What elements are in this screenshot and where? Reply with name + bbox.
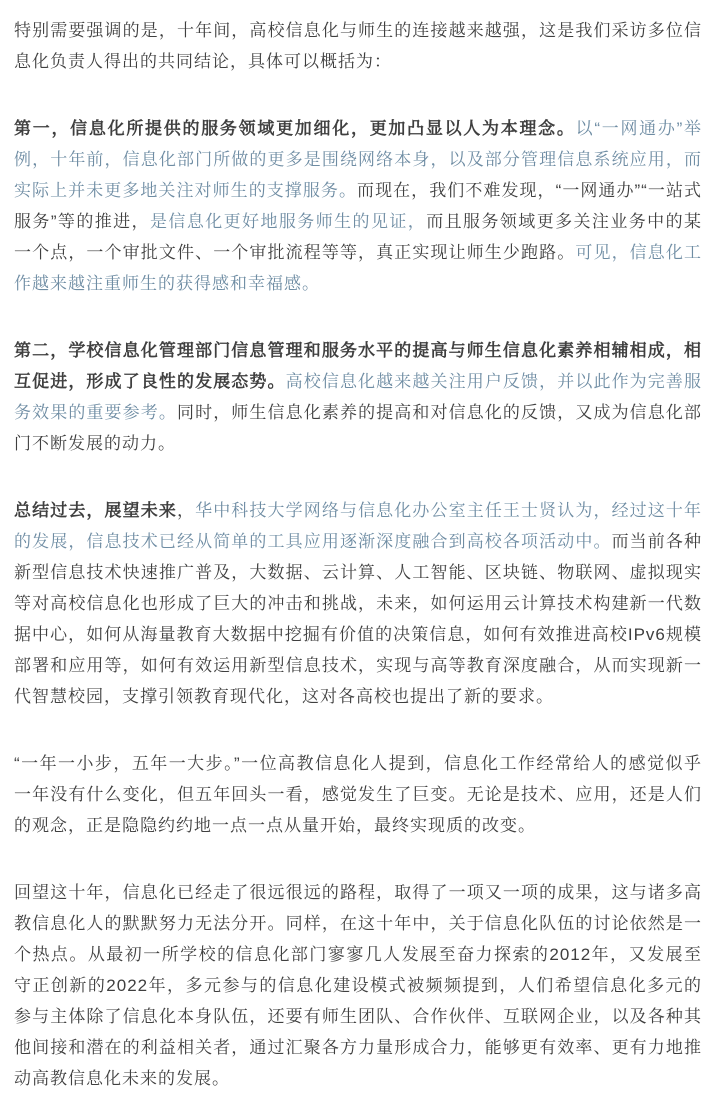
text-run: 总结过去，展望未来 xyxy=(14,501,177,520)
text-run: 回望这十年，信息化已经走了很远很远的路程，取得了一项又一项的成果，这与诸多高教信… xyxy=(14,883,702,1088)
text-run: 是信息化更好地服务师生的见证， xyxy=(150,212,426,231)
paragraph: “一年一小步，五年一大步。”一位高教信息化人提到，信息化工作经常给人的感觉似乎一… xyxy=(14,748,702,841)
text-run: 第一，信息化所提供的服务领域更加细化，更加凸显以人为本理念。 xyxy=(14,119,576,138)
paragraph: 第一，信息化所提供的服务领域更加细化，更加凸显以人为本理念。以“一网通办”举例，… xyxy=(14,113,702,299)
article-body: 特别需要强调的是，十年间，高校信息化与师生的连接越来越强，这是我们采访多位信息化… xyxy=(0,0,716,1104)
text-run: 而当前各种新型信息技术快速推广普及，大数据、云计算、人工智能、区块链、物联网、虚… xyxy=(14,532,702,706)
paragraph: 回望这十年，信息化已经走了很远很远的路程，取得了一项又一项的成果，这与诸多高教信… xyxy=(14,877,702,1094)
paragraph: 第二，学校信息化管理部门信息管理和服务水平的提高与师生信息化素养相辅相成，相互促… xyxy=(14,335,702,459)
paragraph: 特别需要强调的是，十年间，高校信息化与师生的连接越来越强，这是我们采访多位信息化… xyxy=(14,15,702,77)
text-run: “一年一小步，五年一大步。”一位高教信息化人提到，信息化工作经常给人的感觉似乎一… xyxy=(14,754,702,835)
text-run: ， xyxy=(177,501,195,520)
paragraph: 总结过去，展望未来，华中科技大学网络与信息化办公室主任王士贤认为，经过这十年的发… xyxy=(14,495,702,712)
text-run: 特别需要强调的是，十年间，高校信息化与师生的连接越来越强，这是我们采访多位信息化… xyxy=(14,21,702,71)
